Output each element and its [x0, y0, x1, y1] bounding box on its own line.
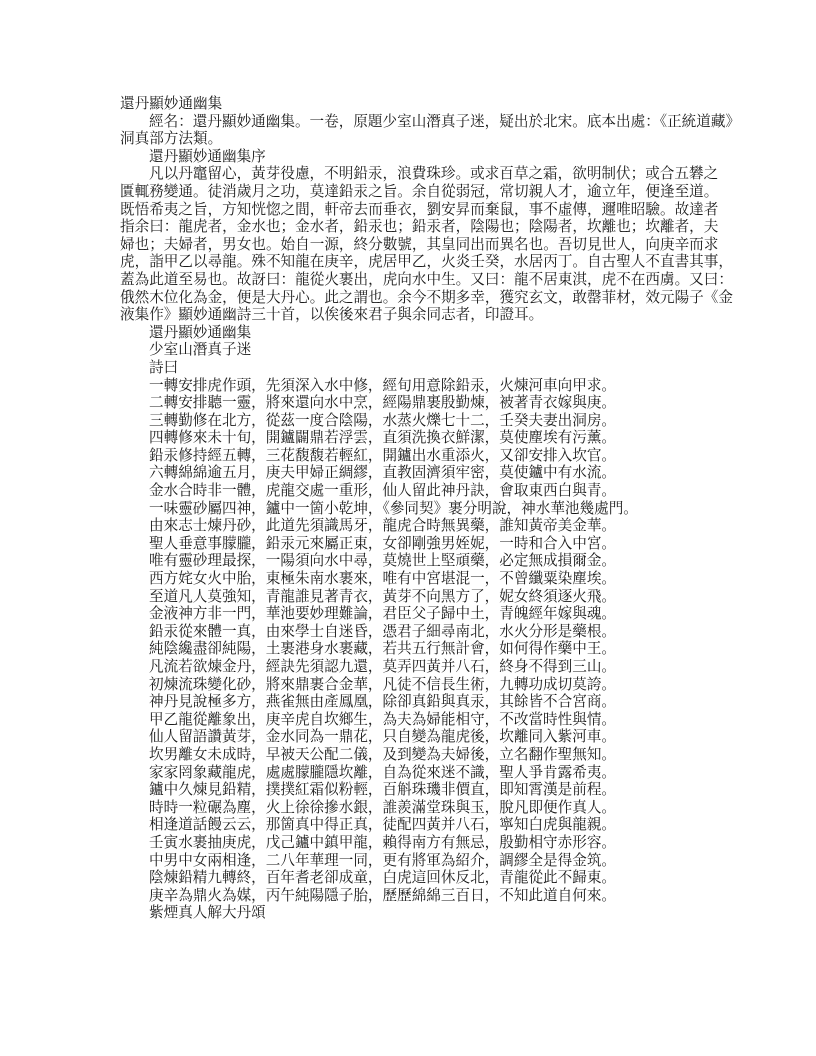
- poem-line: 相逢道話饅云云，那箇真中得正真，徒配四黃并八石，寧知白虎與龍親。: [149, 816, 708, 834]
- poem-line: 六轉綿綿逾五月，庚夫甲婦正綢繆，直教固濟須牢密，莫使鑪中有水流。: [149, 464, 708, 482]
- poem-line: 至道凡人莫強知，青龍誰見著青衣，黃芽不向黑方了，妮女終須逐火飛。: [149, 588, 708, 606]
- poem-line: 鉛汞從來體一真，由來學士自迷昏，憑君子細尋南北，水火分形是藥根。: [149, 623, 708, 641]
- poem-line: 甲乙龍從離象出，庚辛虎自坎鄉生，為夫為婦能相守，不改當時性與情。: [149, 711, 708, 729]
- poem-line: 金液神方非一門，華池要妙理難論，君臣父子歸中土，青魄經年嫁與魂。: [149, 605, 708, 623]
- poem-line: 陰煉鉛精九轉終，百年耆老卻成童，白虎這回休反北，青龍從此不歸東。: [149, 869, 708, 887]
- preface-title: 還丹顯妙通幽集序: [120, 148, 708, 166]
- document-title: 還丹顯妙通幽集: [120, 95, 708, 113]
- poem-line: 仙人留語讚黃芽，金水同為一鼎花，只自變為龍虎後，坎離同入紫河車。: [149, 728, 708, 746]
- preface-line: 凡以丹竈留心，黃芽役慮，不明鉛汞，浪費珠珍。或求百草之霜，欲明制伏；或合五礬之: [120, 165, 708, 183]
- preface-line: 婦也；夫婦者，男女也。始自一源，終分數號，其皇同出而異名也。吾切見世人，向庚辛而…: [120, 236, 708, 254]
- poem-line: 四轉修來未十旬，開鑪闢鼎若浮雲，直須洗換衣鮮潔，莫使塵埃有污薰。: [149, 429, 708, 447]
- collection-title: 還丹顯妙通幽集: [120, 324, 708, 342]
- preface-paragraph: 凡以丹竈留心，黃芽役慮，不明鉛汞，浪費珠珍。或求百草之霜，欲明制伏；或合五礬之 …: [120, 165, 708, 323]
- preface-line: 既悟希夷之旨，方知恍惚之間，軒帝去而垂衣，劉安昇而棄鼠，事不虛傳，邇唯昭驗。故達…: [120, 201, 708, 219]
- poem-line: 初煉流珠變化砂，將來鼎裹合金華，凡徒不信長生術，九轉功成切莫誇。: [149, 676, 708, 694]
- poem-line: 鉛汞修持經五轉，三花馥馥若輕紅，開鑪出水重添火，又卻安排入坎官。: [149, 447, 708, 465]
- poem-line: 壬寅水裹抽庚虎，戊己鑪中鎮甲龍，賴得南方有無忌，殷勤相守赤形容。: [149, 834, 708, 852]
- poem-line: 由來志士煉丹砂，此道先須識馬牙，龍虎合時無異藥，誰知黃帝美金華。: [149, 517, 708, 535]
- poem-line: 西方姹女火中胎，東極朱南水裹來，唯有中宮堪混一，不曾纖粟染塵埃。: [149, 570, 708, 588]
- preface-line: 蓋為此道至易也。故訝曰：龍從火裹出，虎向水中生。又曰：龍不居東淇，虎不在西虜。又…: [120, 271, 708, 289]
- document-page: 還丹顯妙通幽集 經名：還丹顯妙通幽集。一卷，原題少室山潛真子迷，疑出於北宋。底本…: [120, 95, 708, 922]
- poem-line: 坎男離女未成時，早被天公配二儀，及到變為夫婦後，立名翻作聖無知。: [149, 746, 708, 764]
- preface-line: 液集作》顯妙通幽詩三十首，以俟後來君子與余同志者，印證耳。: [120, 306, 708, 324]
- poem-list: 一轉安排虎作頭，先須深入水中修，經旬用意除鉛汞，火煉河車向甲求。 二轉安排聽一靈…: [120, 377, 708, 905]
- poem-line: 純陰纔盡卻純陽，土裹港身水裹藏，若共五行無計會，如何得作藥中王。: [149, 640, 708, 658]
- preface-line: 匱輒務變通。徒消歲月之功，莫達鉛汞之旨。余自從弱冠，常切親人才，逾立年，便逢至道…: [120, 183, 708, 201]
- preface-line: 指余曰：龍虎者，金水也；金水者，鉛汞也；鉛汞者，陰陽也；陰陽者，坎離也；坎離者，…: [120, 218, 708, 236]
- poem-line: 神丹見說極多方，燕雀無由產鳳凰，除卻真鉛與真汞，其餘皆不合宮商。: [149, 693, 708, 711]
- poem-line: 三轉勤修在北方，從茲一度合陰陽，水蒸火爍七十二，壬癸夫妻出洞房。: [149, 412, 708, 430]
- next-section-title: 紫煙真人解大丹頌: [120, 904, 708, 922]
- poem-line: 一味靈砂屬四神，鑪中一箇小乾坤，《參同契》裹分明說，神水華池幾處門。: [149, 500, 708, 518]
- poem-line: 二轉安排聽一靈，將來還向水中烹，經陽鼎裹殷勤煉，被著青衣嫁與庚。: [149, 394, 708, 412]
- poem-line: 唯有靈砂理最探，一陽須向水中尋，莫燒世上堅頑藥，必定無成損爾金。: [149, 552, 708, 570]
- poem-line: 中男中女兩相逢，二八年華理一同，更有將軍為紹介，調繆全是得金筑。: [149, 852, 708, 870]
- poem-line: 金水合時非一體，虎龍交處一重形，仙人留此神丹訣，會取東西白與青。: [149, 482, 708, 500]
- poem-line: 聖人垂意事朦朧，鉛汞元來屬正東，女卻剛強男姪妮，一時和合入中宮。: [149, 535, 708, 553]
- poem-line: 鑪中久煉見鉛精，撲撲紅霜似粉輕，百斛珠璣非價直，即知霄漢是前程。: [149, 781, 708, 799]
- poem-line: 家家罔象藏龍虎，處處朦朧隱坎離，自為從來迷不識，聖人爭肯露希夷。: [149, 764, 708, 782]
- poem-line: 凡流若欲煉金丹，經訣先須認九還，莫弄四黃并八石，終身不得到三山。: [149, 658, 708, 676]
- preface-line: 虎，詣甲乙以尋龍。殊不知龍在庚辛，虎居甲乙，火炎壬癸，水居丙丁。自古聖人不直書其…: [120, 253, 708, 271]
- poem-heading: 詩曰: [120, 359, 708, 377]
- poem-line: 一轉安排虎作頭，先須深入水中修，經旬用意除鉛汞，火煉河車向甲求。: [149, 377, 708, 395]
- poem-line: 庚辛為鼎火為媒，丙午純陽隱子胎，歷歷綿綿三百日，不知此道自何來。: [149, 887, 708, 905]
- author-line: 少室山潛真子迷: [120, 341, 708, 359]
- poem-line: 時時一粒碾為塵，火上徐徐摻水銀，誰羨滿堂珠與玉，脫凡即便作真人。: [149, 799, 708, 817]
- preface-line: 俄然木位化為金，便是大丹心。此之謂也。余今不期多幸，獲究玄文，敢罄菲材，效元陽子…: [120, 289, 708, 307]
- scripture-meta-line: 經名：還丹顯妙通幽集。一卷，原題少室山潛真子迷，疑出於北宋。底本出處：《正統道藏…: [120, 113, 708, 131]
- scripture-meta-line: 洞真部方法類。: [120, 130, 708, 148]
